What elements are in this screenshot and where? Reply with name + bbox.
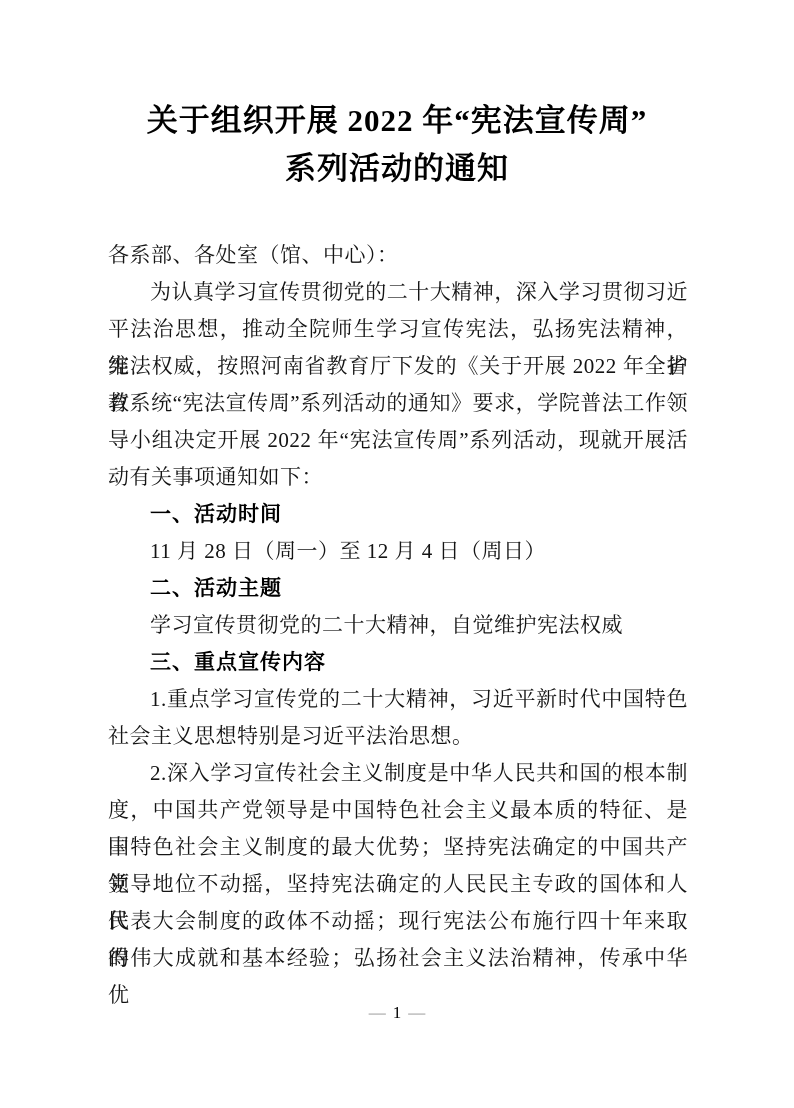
footer-dash-left: — [369, 1003, 386, 1022]
body-line: 2.深入学习宣传社会主义制度是中华人民共和国的根本制 [108, 755, 688, 792]
title-line-2: 系列活动的通知 [104, 145, 690, 193]
section-heading-3: 三、重点宣传内容 [108, 644, 688, 681]
title-line-1: 关于组织开展 2022 年“宪法宣传周” [104, 97, 690, 145]
page-number: 1 [393, 1003, 402, 1022]
body-line: 动有关事项通知如下： [108, 459, 688, 496]
document-title: 关于组织开展 2022 年“宪法宣传周” 系列活动的通知 [104, 97, 690, 193]
section-heading-2: 二、活动主题 [108, 570, 688, 607]
body-line: 国特色社会主义制度的最大优势；坚持宪法确定的中国共产党 [108, 829, 688, 866]
body-line: 度，中国共产党领导是中国特色社会主义最本质的特征、是中 [108, 792, 688, 829]
salutation-line: 各系部、各处室（馆、中心）： [108, 237, 688, 274]
document-body: 各系部、各处室（馆、中心）： 为认真学习宣传贯彻党的二十大精神，深入学习贯彻习近… [108, 237, 688, 977]
theme-line: 学习宣传贯彻党的二十大精神，自觉维护宪法权威 [108, 607, 688, 644]
body-line: 社会主义思想特别是习近平法治思想。 [108, 718, 688, 755]
document-page: 关于组织开展 2022 年“宪法宣传周” 系列活动的通知 各系部、各处室（馆、中… [0, 0, 794, 1108]
body-line: 代表大会制度的政体不动摇；现行宪法公布施行四十年来取得 [108, 903, 688, 940]
section-heading-1: 一、活动时间 [108, 496, 688, 533]
date-line: 11 月 28 日（周一）至 12 月 4 日（周日） [108, 533, 688, 570]
body-line: 育系统“宪法宣传周”系列活动的通知》要求，学院普法工作领 [108, 385, 688, 422]
body-line: 领导地位不动摇，坚持宪法确定的人民民主专政的国体和人民 [108, 866, 688, 903]
body-line: 为认真学习宣传贯彻党的二十大精神，深入学习贯彻习近 [108, 274, 688, 311]
body-line: 的伟大成就和基本经验；弘扬社会主义法治精神，传承中华优 [108, 940, 688, 977]
body-line: 宪法权威，按照河南省教育厅下发的《关于开展 2022 年全省教 [108, 348, 688, 385]
page-footer: —1— [0, 1001, 794, 1025]
body-line: 导小组决定开展 2022 年“宪法宣传周”系列活动，现就开展活 [108, 422, 688, 459]
body-line: 1.重点学习宣传党的二十大精神，习近平新时代中国特色 [108, 681, 688, 718]
body-line: 平法治思想，推动全院师生学习宣传宪法，弘扬宪法精神，维护 [108, 311, 688, 348]
footer-dash-right: — [408, 1003, 425, 1022]
